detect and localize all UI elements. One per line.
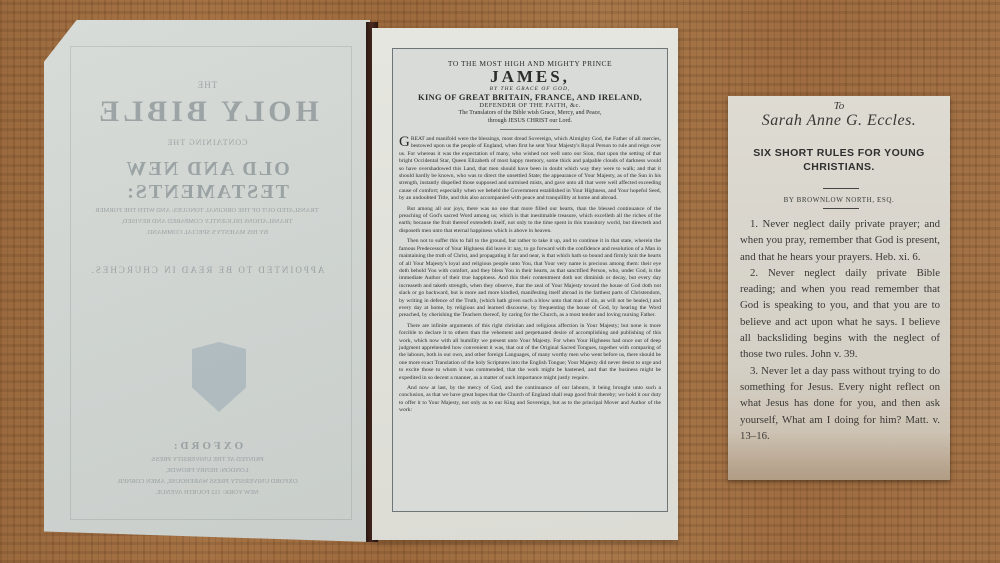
divider <box>823 188 859 189</box>
age-stain <box>728 432 950 480</box>
card-title-line-2: CHRISTIANS. <box>734 160 944 174</box>
imprint-london: LONDON: HENRY FROWDE, <box>44 467 370 474</box>
imprint-oxford: OXFORD: <box>44 440 370 452</box>
imprint-newyork: NEW YORK: 112 FOURTH AVENUE. <box>44 489 370 496</box>
card-title: SIX SHORT RULES FOR YOUNG CHRISTIANS. <box>734 146 944 174</box>
dedication-translators: The Translators of the Bible wish Grace,… <box>399 109 661 117</box>
rule-item: 2. Never neglect daily private Bible rea… <box>740 265 940 363</box>
bible-title-page: THE HOLY BIBLE CONTAINING THE OLD AND NE… <box>44 20 370 542</box>
dedication-through: through JESUS CHRIST our Lord. <box>399 117 661 125</box>
dedication-paragraph: Then not to suffer this to fall to the g… <box>399 238 661 319</box>
divider <box>500 129 560 130</box>
dedication-name: JAMES, <box>399 68 661 86</box>
dedication-paragraph: And now at last, by the mercy of God, an… <box>399 385 661 415</box>
title-the: THE <box>44 80 370 90</box>
card-recipient-handwritten: Sarah Anne G. Eccles. <box>736 112 942 130</box>
card-title-line-1: SIX SHORT RULES FOR YOUNG <box>734 146 944 160</box>
title-containing: CONTAINING THE <box>44 138 370 147</box>
rule-item: 1. Never neglect daily private prayer; a… <box>740 216 940 265</box>
dedication-paragraph: But among all our joys, there was no one… <box>399 206 661 236</box>
imprint-warehouse: OXFORD UNIVERSITY PRESS WAREHOUSE, AMEN … <box>44 478 370 485</box>
title-line-1: TRANSLATED OUT OF THE ORIGINAL TONGUES: … <box>44 207 370 214</box>
divider <box>823 208 859 209</box>
dedication-paragraph: There are infinite arguments of this rig… <box>399 323 661 382</box>
title-appointed: APPOINTED TO BE READ IN CHURCHES. <box>44 265 370 275</box>
title-line-3: BY HIS MAJESTY'S SPECIAL COMMAND. <box>44 229 370 236</box>
rules-card: To Sarah Anne G. Eccles. SIX SHORT RULES… <box>728 96 950 480</box>
title-line-2: TRANSLATIONS DILIGENTLY COMPARED AND REV… <box>44 218 370 225</box>
dedication-frame: TO THE MOST HIGH AND MIGHTY PRINCE JAMES… <box>392 48 668 512</box>
card-rules: 1. Never neglect daily private prayer; a… <box>740 216 940 444</box>
imprint-printed: PRINTED AT THE UNIVERSITY PRESS. <box>44 456 370 463</box>
card-author: BY BROWNLOW NORTH, ESQ. <box>728 196 950 204</box>
card-to-label: To <box>728 100 950 112</box>
title-holy-bible: HOLY BIBLE <box>44 95 370 129</box>
dedication-king: KING OF GREAT BRITAIN, FRANCE, AND IRELA… <box>399 92 661 102</box>
dedication-page: TO THE MOST HIGH AND MIGHTY PRINCE JAMES… <box>372 28 678 540</box>
dedication-paragraph: GREAT and manifold were the blessings, m… <box>399 136 661 203</box>
dedication-defender: DEFENDER OF THE FAITH, &c. <box>399 102 661 109</box>
title-testaments: OLD AND NEW TESTAMENTS: <box>44 158 370 204</box>
